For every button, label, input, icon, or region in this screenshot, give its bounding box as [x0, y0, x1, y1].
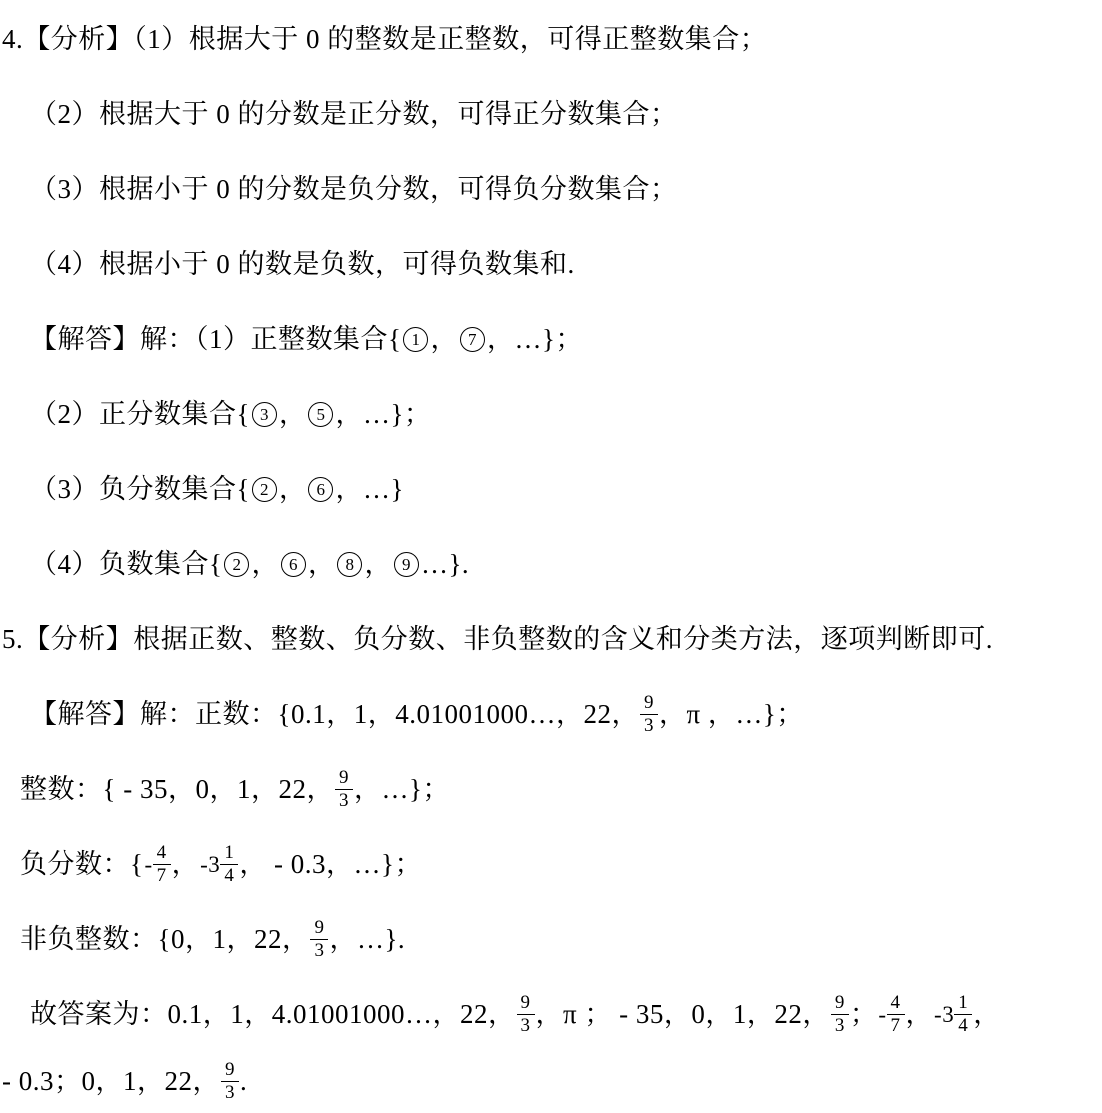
circled-number: 1	[403, 327, 428, 352]
text-run: （3）根据小于 0 的分数是负分数，可得负分数集合；	[30, 174, 678, 204]
text-line: 故答案为：0.1，1，4.01001000…，22，93，π ； - 35，0，…	[0, 977, 1102, 1052]
text-run: ，	[279, 399, 307, 429]
fraction-prefix: -	[144, 853, 152, 876]
text-line: （3）负分数集合{2，6，…}	[0, 452, 1102, 527]
text-line: 【解答】解：正数：{0.1，1，4.01001000…，22，93，π ，…}；	[0, 677, 1102, 752]
negative-fraction: -47	[144, 842, 170, 887]
circled-number: 5	[308, 402, 333, 427]
text-run: ，	[308, 549, 336, 579]
stacked-fraction: 93	[335, 767, 353, 812]
text-run: （4）根据小于 0 的数是负数，可得负数集和.	[30, 249, 575, 279]
fraction: 93	[335, 767, 353, 812]
fraction-numerator: 9	[517, 992, 535, 1014]
fraction-numerator: 4	[887, 992, 905, 1014]
text-run: 【解答】解：（1）正整数集合{	[30, 324, 401, 354]
text-line: 非负整数：{0，1，22，93，…}.	[0, 902, 1102, 977]
text-run: 4.【分析】（1）根据大于 0 的整数是正整数，可得正整数集合；	[2, 24, 767, 54]
text-line: 【解答】解：（1）正整数集合{1，7，…}；	[0, 302, 1102, 377]
stacked-fraction: 93	[221, 1059, 239, 1104]
stacked-fraction: 93	[831, 992, 849, 1037]
text-run: 故答案为：0.1，1，4.01001000…，22，	[30, 999, 516, 1029]
text-run: 5.【分析】根据正数、整数、负分数、非负整数的含义和分类方法，逐项判断即可.	[2, 624, 993, 654]
fraction-numerator: 9	[310, 917, 328, 939]
circled-number: 9	[394, 552, 419, 577]
fraction-denominator: 3	[221, 1081, 239, 1104]
document-body: 4.【分析】（1）根据大于 0 的整数是正整数，可得正整数集合；（2）根据大于 …	[0, 0, 1102, 1110]
negative-fraction: -47	[878, 992, 904, 1037]
text-run: ，	[172, 849, 200, 879]
fraction-prefix: -3	[934, 1003, 954, 1026]
text-line: 负分数：{-47，-314， - 0.3，…}；	[0, 827, 1102, 902]
text-run: ，π ； - 35，0，1，22，	[536, 999, 830, 1029]
fraction: 93	[640, 692, 658, 737]
text-run: ，	[430, 324, 458, 354]
fraction-denominator: 4	[954, 1014, 972, 1037]
fraction: 93	[831, 992, 849, 1037]
fraction: 93	[517, 992, 535, 1037]
negative-fraction: -314	[934, 992, 972, 1037]
stacked-fraction: 14	[220, 842, 238, 887]
circled-number: 7	[460, 327, 485, 352]
text-run: （3）负分数集合{	[30, 474, 250, 504]
text-line: （2）根据大于 0 的分数是正分数，可得正分数集合；	[0, 77, 1102, 152]
text-run: 负分数：{	[20, 849, 143, 879]
text-run: 整数：{ - 35，0，1，22，	[20, 774, 334, 804]
text-line: （4）根据小于 0 的数是负数，可得负数集和.	[0, 227, 1102, 302]
text-run: （2）正分数集合{	[30, 399, 250, 429]
fraction-denominator: 7	[153, 864, 171, 887]
text-run: （2）根据大于 0 的分数是正分数，可得正分数集合；	[30, 99, 678, 129]
fraction-numerator: 9	[831, 992, 849, 1014]
fraction-numerator: 1	[220, 842, 238, 864]
text-line: 整数：{ - 35，0，1，22，93，…}；	[0, 752, 1102, 827]
circled-number: 3	[252, 402, 277, 427]
text-run: ，…}；	[354, 774, 450, 804]
text-run: ，	[364, 549, 392, 579]
text-run: ，	[906, 999, 934, 1029]
fraction-denominator: 3	[310, 939, 328, 962]
fraction-denominator: 3	[640, 714, 658, 737]
circled-number: 2	[224, 552, 249, 577]
stacked-fraction: 14	[954, 992, 972, 1037]
text-run: ，…}.	[329, 924, 405, 954]
text-run: 【解答】解：正数：{0.1，1，4.01001000…，22，	[30, 699, 639, 729]
text-run: …}.	[421, 549, 469, 579]
text-run: ，π ，…}；	[659, 699, 804, 729]
text-run: ，	[279, 474, 307, 504]
fraction: 93	[310, 917, 328, 962]
fraction-denominator: 3	[831, 1014, 849, 1037]
circled-number: 8	[337, 552, 362, 577]
stacked-fraction: 47	[887, 992, 905, 1037]
fraction-numerator: 4	[153, 842, 171, 864]
text-run: ，	[251, 549, 279, 579]
circled-number: 6	[281, 552, 306, 577]
circled-number: 2	[252, 477, 277, 502]
circled-number: 6	[308, 477, 333, 502]
text-run: - 0.3；0，1，22，	[2, 1066, 220, 1096]
text-run: ，…}；	[487, 324, 583, 354]
text-run: ；	[850, 999, 878, 1029]
text-run: ，…}	[335, 474, 403, 504]
fraction-numerator: 9	[640, 692, 658, 714]
stacked-fraction: 47	[153, 842, 171, 887]
text-line: （3）根据小于 0 的分数是负分数，可得负分数集合；	[0, 152, 1102, 227]
negative-fraction: -314	[200, 842, 238, 887]
text-line: （2）正分数集合{3，5，…}；	[0, 377, 1102, 452]
fraction-prefix: -3	[200, 853, 220, 876]
stacked-fraction: 93	[310, 917, 328, 962]
text-line: （4）负数集合{2，6，8，9…}.	[0, 527, 1102, 602]
text-run: ， - 0.3，…}；	[239, 849, 422, 879]
text-line: - 0.3；0，1，22，93.	[0, 1052, 1102, 1110]
text-run: .	[240, 1066, 247, 1096]
fraction-numerator: 9	[335, 767, 353, 789]
fraction: 93	[221, 1059, 239, 1104]
text-line: 5.【分析】根据正数、整数、负分数、非负整数的含义和分类方法，逐项判断即可.	[0, 602, 1102, 677]
fraction-denominator: 7	[887, 1014, 905, 1037]
text-run: （4）负数集合{	[30, 549, 222, 579]
text-run: 非负整数：{0，1，22，	[20, 924, 309, 954]
text-run: ，	[973, 999, 1001, 1029]
fraction-prefix: -	[878, 1003, 886, 1026]
fraction-numerator: 9	[221, 1059, 239, 1081]
fraction-denominator: 4	[220, 864, 238, 887]
text-line: 4.【分析】（1）根据大于 0 的整数是正整数，可得正整数集合；	[0, 2, 1102, 77]
stacked-fraction: 93	[640, 692, 658, 737]
fraction-denominator: 3	[517, 1014, 535, 1037]
fraction-denominator: 3	[335, 789, 353, 812]
fraction-numerator: 1	[954, 992, 972, 1014]
stacked-fraction: 93	[517, 992, 535, 1037]
text-run: ，…}；	[335, 399, 431, 429]
